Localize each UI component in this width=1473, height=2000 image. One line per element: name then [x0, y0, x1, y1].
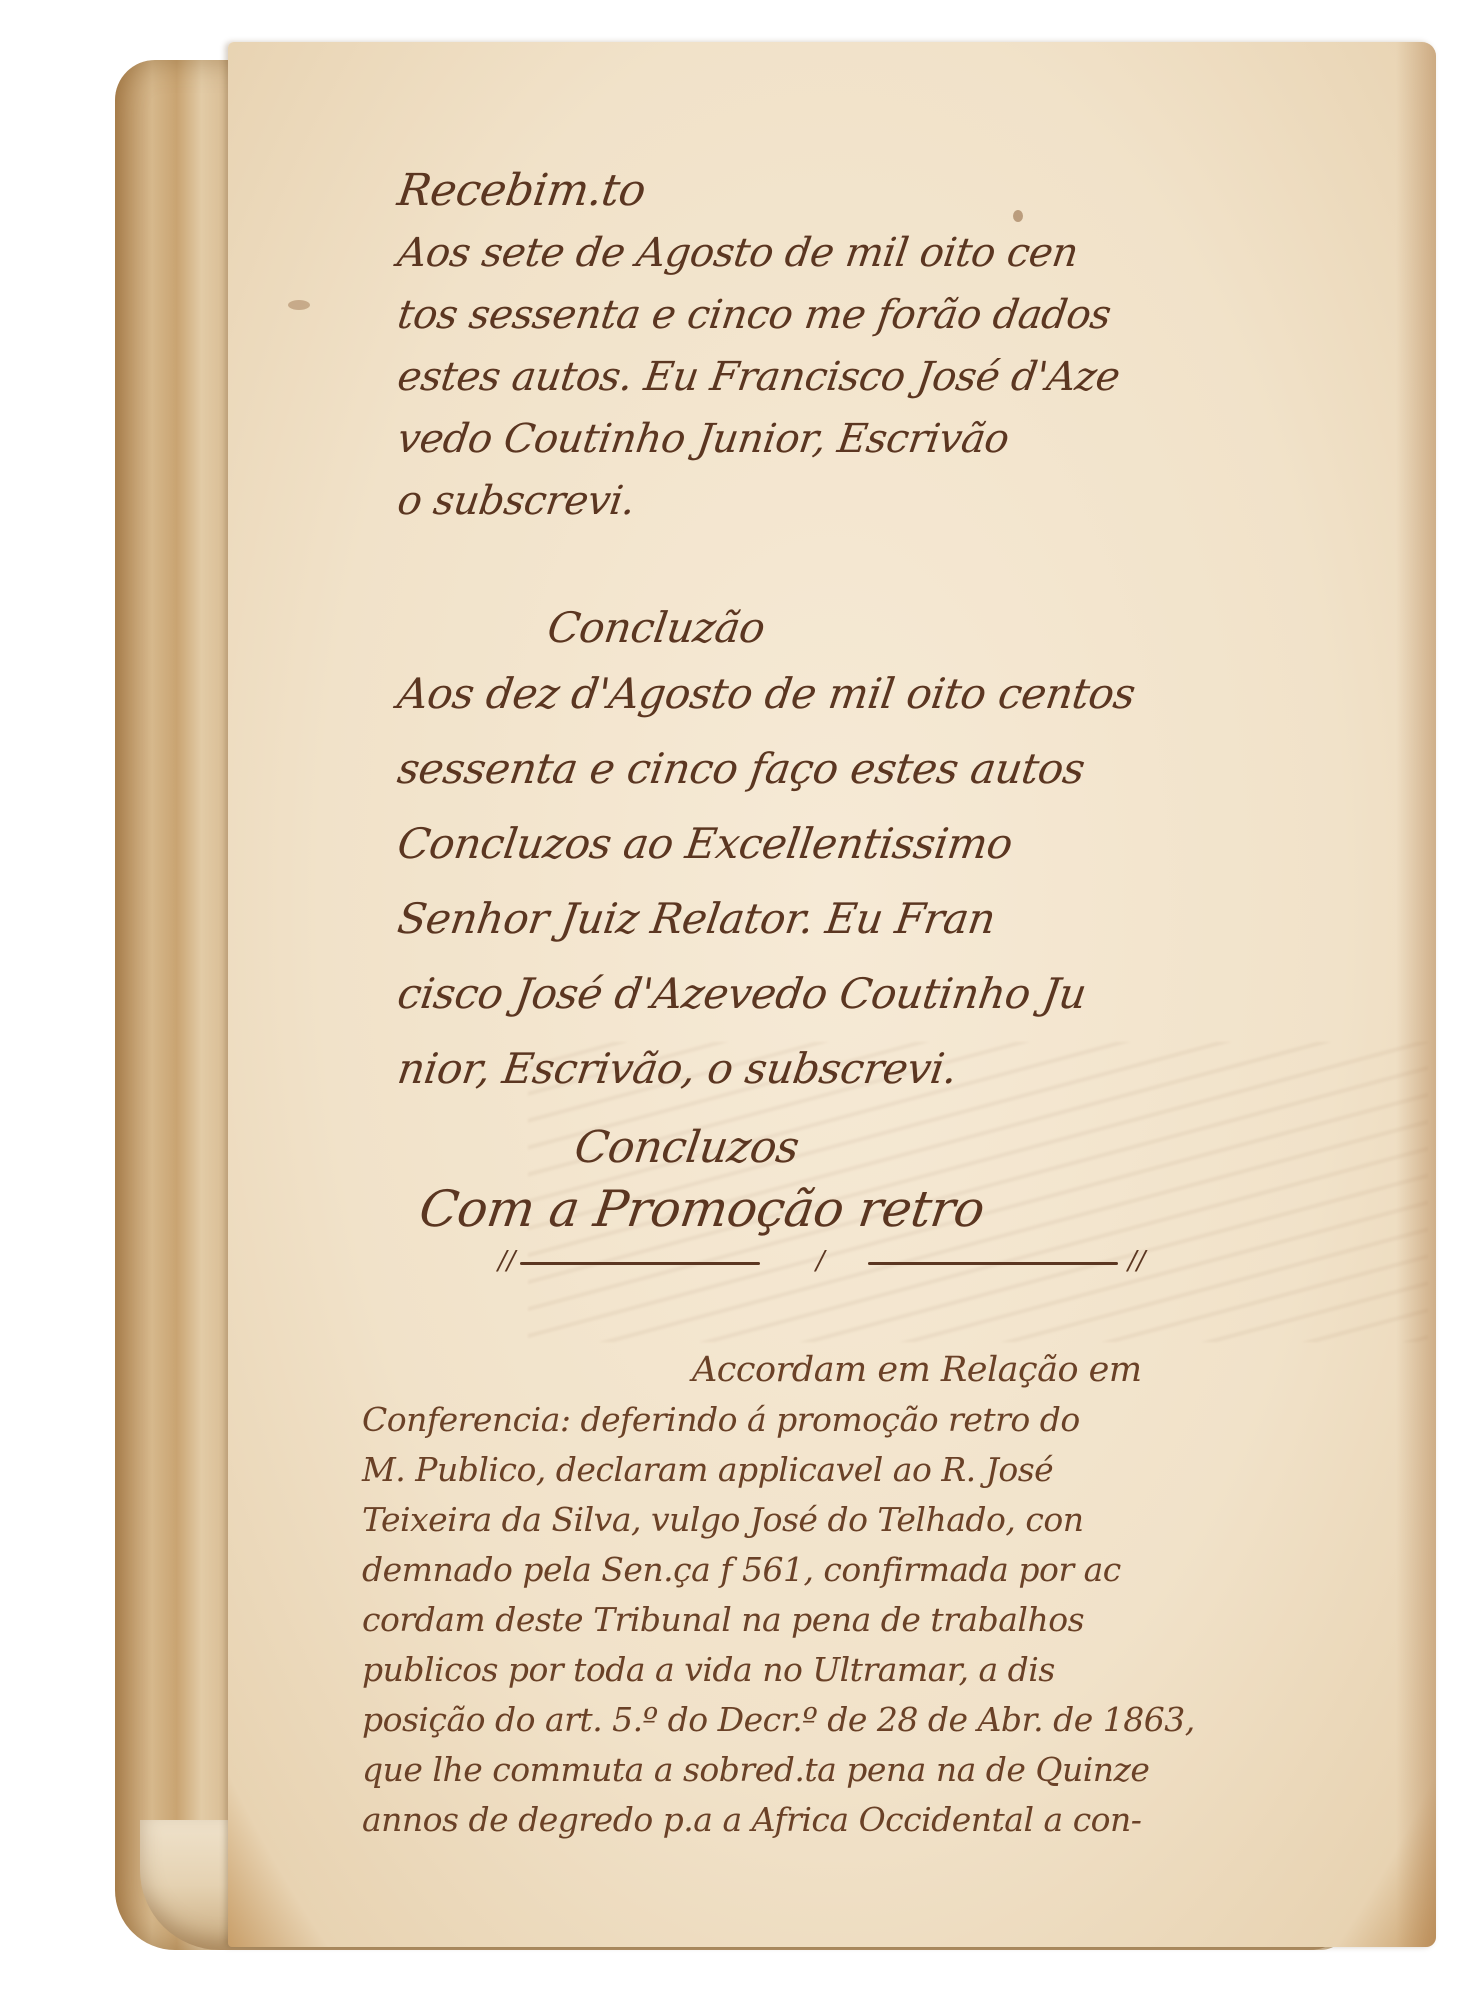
text-line: que lhe commuta a sobred.ta pena na de Q… — [362, 1745, 1195, 1795]
text-line: annos de degredo p.a a Africa Occidental… — [362, 1795, 1195, 1845]
entry-heading: Concluzos — [416, 1120, 988, 1176]
text-line: o subscrevi. — [394, 470, 1124, 532]
text-line: posição do art. 5.º do Decr.º de 28 de A… — [362, 1695, 1195, 1745]
text-line: M. Publico, declaram applicavel ao R. Jo… — [362, 1445, 1195, 1495]
text-line: cisco José d'Azevedo Coutinho Ju — [393, 956, 1140, 1031]
divider-mark: / — [816, 1246, 825, 1276]
text-line: vedo Coutinho Junior, Escrivão — [394, 408, 1124, 470]
text-line: demnado pela Sen.ça f 561, confirmada po… — [362, 1545, 1195, 1595]
text-line: cordam deste Tribunal na pena de trabalh… — [362, 1595, 1195, 1645]
text-line: Aos sete de Agosto de mil oito cen — [394, 222, 1124, 284]
divider-mark: // — [498, 1246, 516, 1276]
text-line: tos sessenta e cinco me forão dados — [394, 284, 1124, 346]
entry-heading: Recebim.to — [394, 160, 1124, 222]
text-line: Senhor Juiz Relator. Eu Fran — [393, 881, 1140, 956]
accordao-opening: Accordam em Relação em — [362, 1345, 1195, 1395]
text-line: Teixeira da Silva, vulgo José do Telhado… — [362, 1495, 1195, 1545]
text-line: publicos por toda a vida no Ultramar, a … — [362, 1645, 1195, 1695]
divider-mark: // — [1128, 1246, 1146, 1276]
accordao-text: Accordam em Relação em Conferencia: defe… — [362, 1345, 1195, 1845]
divider-line — [520, 1262, 760, 1265]
entry-heading: Concluzão — [394, 600, 1139, 656]
entry-recebimento: Recebim.to Aos sete de Agosto de mil oit… — [398, 160, 1119, 532]
text-line: estes autos. Eu Francisco José d'Aze — [394, 346, 1124, 408]
ink-stain — [288, 300, 310, 310]
text-line: sessenta e cinco faço estes autos — [393, 731, 1140, 806]
section-divider: // / // — [498, 1252, 1143, 1272]
entry-concluzos: Concluzos Com a Promoção retro — [420, 1120, 984, 1242]
text-line: Aos dez d'Agosto de mil oito centos — [393, 656, 1140, 731]
entry-conclusao: Concluzão Aos dez d'Agosto de mil oito c… — [398, 600, 1135, 1106]
text-line: nior, Escrivão, o subscrevi. — [393, 1031, 1140, 1106]
text-line: Concluzos ao Excellentissimo — [393, 806, 1140, 881]
divider-line — [868, 1262, 1118, 1265]
text-line: Conferencia: deferindo á promoção retro … — [362, 1395, 1195, 1445]
text-line: Com a Promoção retro — [415, 1176, 988, 1242]
